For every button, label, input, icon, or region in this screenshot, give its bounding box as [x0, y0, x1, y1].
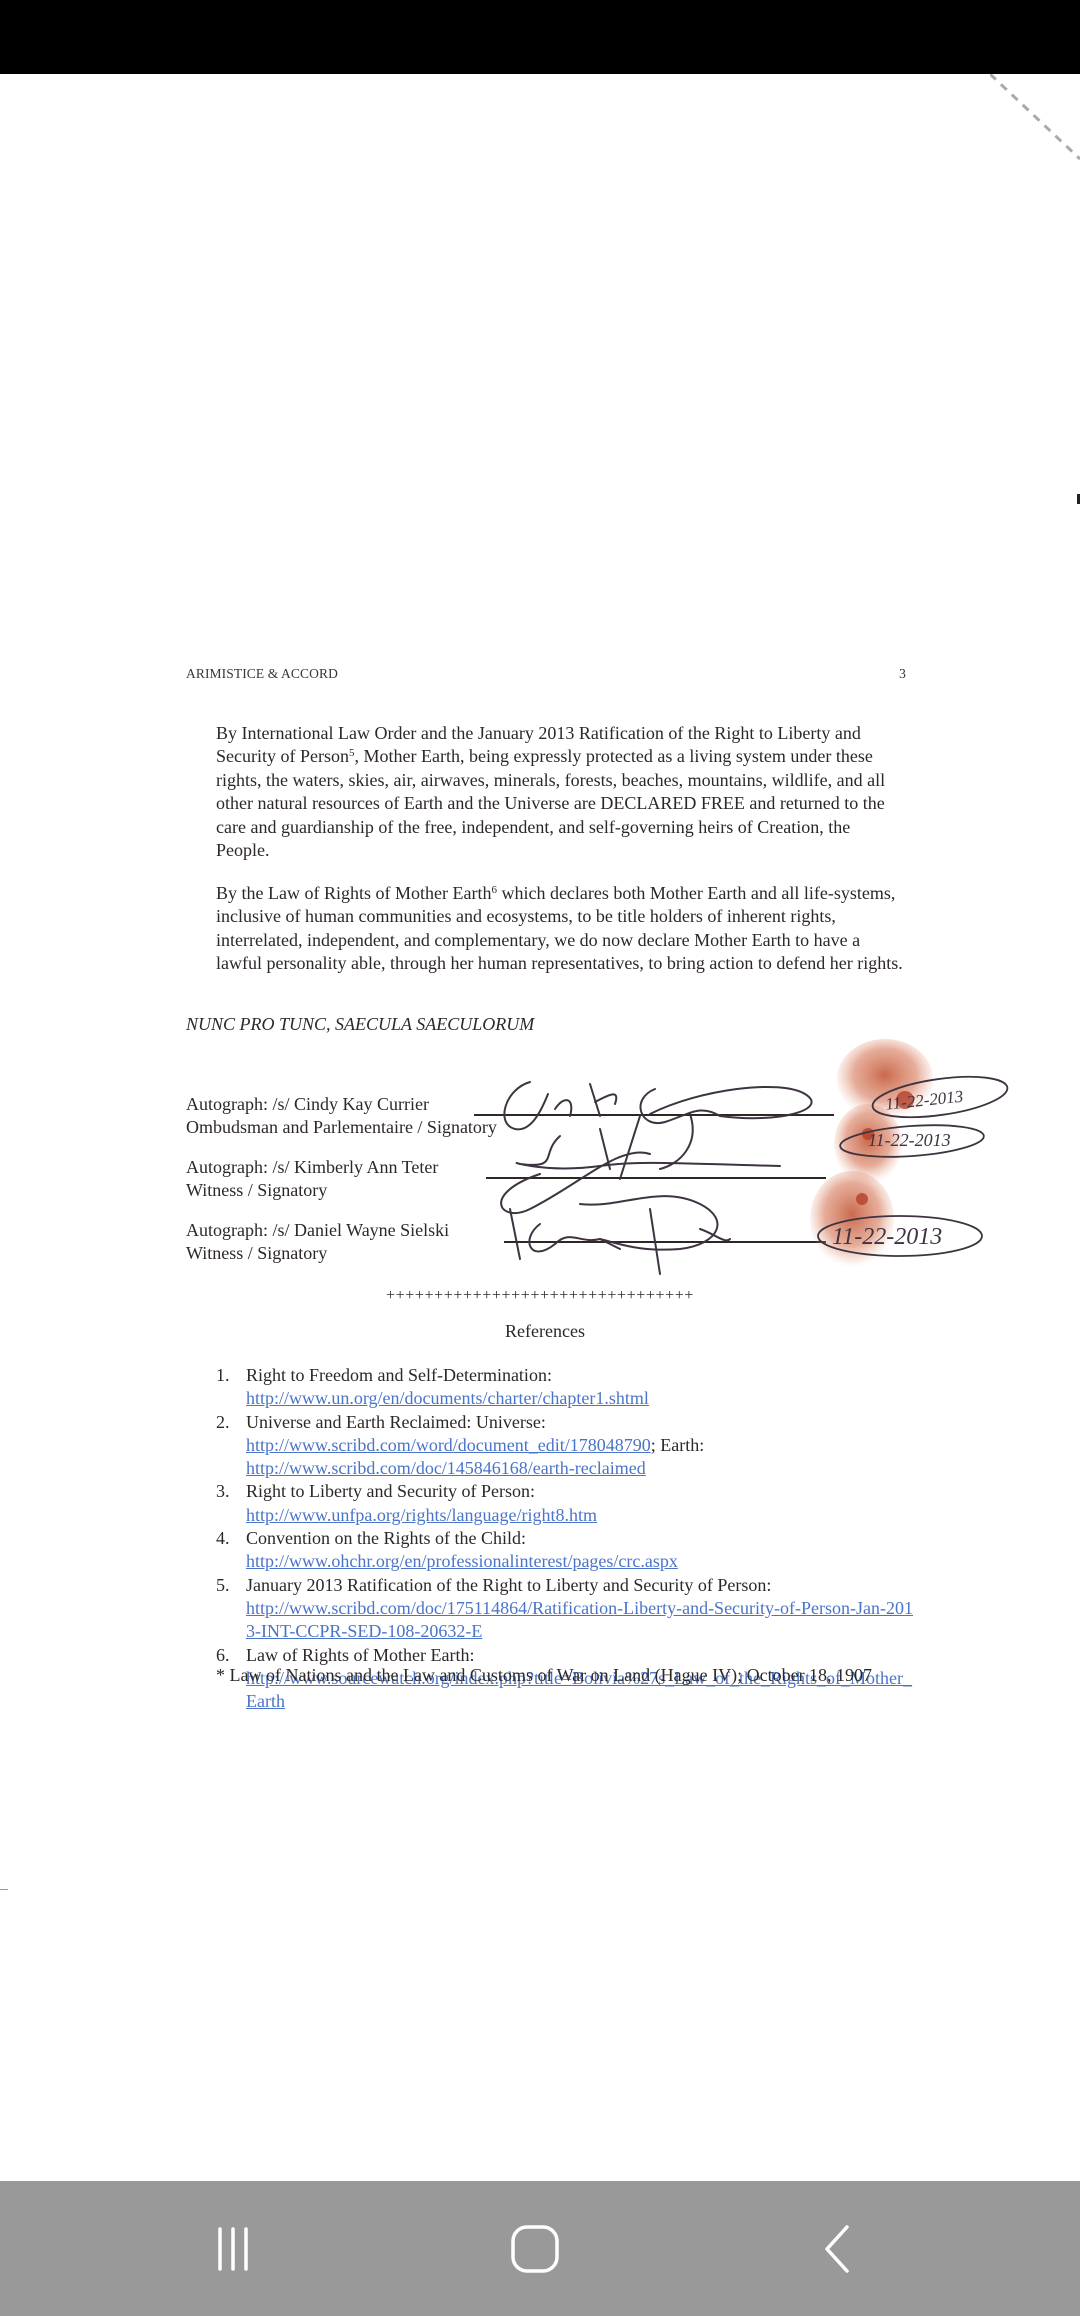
reference-item: 5. January 2013 Ratification of the Righ… — [216, 1574, 916, 1644]
reference-link[interactable]: http://www.unfpa.org/rights/language/rig… — [246, 1505, 597, 1525]
header-title: ARIMISTICE & ACCORD — [186, 666, 338, 681]
back-button[interactable] — [767, 2181, 907, 2316]
signatory-1: Autograph: /s/ Cindy Kay Currier Ombudsm… — [186, 1093, 497, 1139]
section-divider: ++++++++++++++++++++++++++++++++ — [0, 1287, 1080, 1305]
reference-item: 2. Universe and Earth Reclaimed: Univers… — [216, 1411, 916, 1481]
signatory-2: Autograph: /s/ Kimberly Ann Teter Witnes… — [186, 1156, 438, 1202]
reference-title: Convention on the Rights of the Child: — [246, 1527, 916, 1550]
reference-number: 4. — [216, 1527, 230, 1550]
reference-link[interactable]: http://www.scribd.com/doc/145846168/eart… — [246, 1458, 646, 1478]
recent-apps-button[interactable] — [163, 2181, 303, 2316]
document-page: ARIMISTICE & ACCORD 3 By International L… — [0, 504, 1080, 1964]
paragraph-mother-earth: By the Law of Rights of Mother Earth6 wh… — [216, 882, 906, 976]
signatory-3: Autograph: /s/ Daniel Wayne Sielski Witn… — [186, 1219, 449, 1265]
home-button[interactable] — [465, 2181, 605, 2316]
signature-line — [486, 1177, 826, 1179]
reference-number: 3. — [216, 1480, 230, 1503]
reference-number: 5. — [216, 1574, 230, 1597]
autograph-line: Autograph: /s/ Cindy Kay Currier — [186, 1093, 497, 1116]
reference-link[interactable]: http://www.ohchr.org/en/professionalinte… — [246, 1551, 678, 1571]
back-icon — [813, 2223, 861, 2275]
reference-title: Universe and Earth Reclaimed: Universe: — [246, 1411, 916, 1434]
page-curl-indicator — [990, 74, 1080, 164]
handwritten-date-3: 11-22-2013 — [832, 1224, 942, 1250]
running-header: ARIMISTICE & ACCORD 3 — [186, 666, 906, 682]
footnote: * Law of Nations and the Law and Customs… — [216, 1664, 906, 1687]
autograph-line: Autograph: /s/ Daniel Wayne Sielski — [186, 1219, 449, 1242]
handwritten-date-2: 11-22-2013 — [868, 1130, 951, 1150]
references-heading: References — [0, 1321, 1080, 1342]
paragraph-ratification: By International Law Order and the Janua… — [216, 722, 906, 862]
signature-line — [504, 1241, 826, 1243]
autograph-line: Autograph: /s/ Kimberly Ann Teter — [186, 1156, 438, 1179]
reference-title: Right to Liberty and Security of Person: — [246, 1480, 916, 1503]
reference-item: 4. Convention on the Rights of the Child… — [216, 1527, 916, 1574]
document-viewer[interactable]: ARIMISTICE & ACCORD 3 By International L… — [0, 74, 1080, 2180]
signatory-role: Witness / Signatory — [186, 1179, 438, 1202]
reference-link[interactable]: http://www.un.org/en/documents/charter/c… — [246, 1388, 649, 1408]
reference-item: 3. Right to Liberty and Security of Pers… — [216, 1480, 916, 1527]
reference-number: 1. — [216, 1364, 230, 1387]
handwritten-date-1: 11-22-2013 — [884, 1087, 964, 1114]
status-bar — [0, 0, 1080, 74]
paragraph-text: By the Law of Rights of Mother Earth — [216, 883, 491, 903]
reference-link[interactable]: http://www.scribd.com/doc/175114864/Rati… — [246, 1598, 913, 1641]
reference-title: Right to Freedom and Self-Determination: — [246, 1364, 916, 1387]
page-number: 3 — [899, 666, 906, 682]
reference-title: January 2013 Ratification of the Right t… — [246, 1574, 916, 1597]
home-icon — [509, 2223, 561, 2275]
reference-number: 2. — [216, 1411, 230, 1434]
signature-line — [474, 1114, 834, 1116]
reference-item: 1. Right to Freedom and Self-Determinati… — [216, 1364, 916, 1411]
references-list: 1. Right to Freedom and Self-Determinati… — [216, 1364, 916, 1713]
latin-phrase: NUNC PRO TUNC, SAECULA SAECULORUM — [186, 1014, 534, 1035]
navigation-bar — [0, 2181, 1080, 2316]
fingerprint-icon — [810, 1039, 933, 1267]
signatory-role: Witness / Signatory — [186, 1242, 449, 1265]
signatory-role: Ombudsman and Parlementaire / Signatory — [186, 1116, 497, 1139]
recent-apps-icon — [209, 2225, 257, 2273]
reference-link[interactable]: http://www.scribd.com/word/document_edit… — [246, 1435, 651, 1455]
reference-separator: ; Earth: — [651, 1435, 704, 1455]
page-edge-marker — [0, 1889, 8, 1890]
